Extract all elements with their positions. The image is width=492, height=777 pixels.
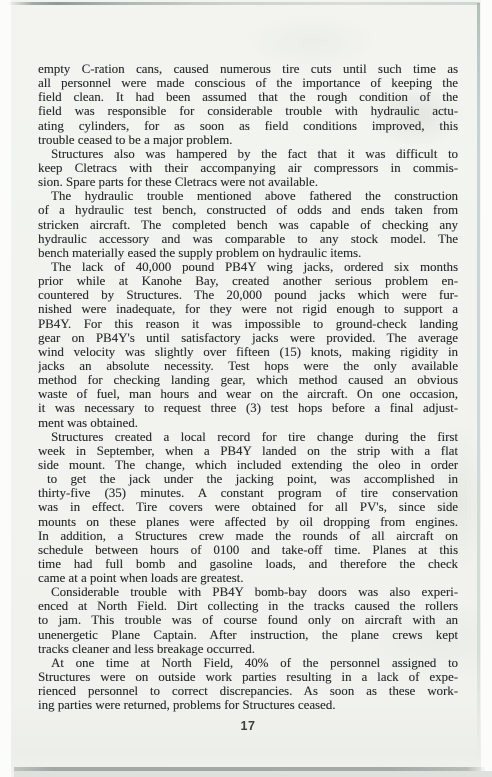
text-line: Structures also was hampered by the fact… [38, 147, 458, 161]
text-line: keep Cletracs with their accompanying ai… [38, 161, 458, 175]
text-line: to jam. This trouble was of course found… [38, 613, 458, 627]
text-line: it was necessary to request three (3) te… [38, 401, 458, 415]
paragraph: Structures also was hampered by the fact… [38, 147, 458, 189]
text-line: time had full bomb and gasoline loads, a… [38, 557, 458, 571]
text-line: enced at North Field. Dirt collecting in… [38, 599, 458, 613]
text-line: prior while at Kanohe Bay, created anoth… [38, 274, 458, 288]
page-text: empty C-ration cans, caused numerous tir… [38, 62, 458, 712]
text-line: ing parties were returned, problems for … [38, 698, 458, 712]
paragraph: At one time at North Field, 40% of the p… [38, 656, 458, 713]
text-line: week in September, when a PB4Y landed on… [38, 444, 458, 458]
text-line: The lack of 40,000 pound PB4Y wing jacks… [38, 260, 458, 274]
text-line: field clean. It had been assumed that th… [38, 90, 458, 104]
text-line: ment was obtained. [38, 416, 458, 430]
text-line: In addition, a Structures crew made the … [38, 529, 458, 543]
text-line: hydraulic accessory and was comparable t… [38, 232, 458, 246]
scan-top-edge [8, 2, 480, 5]
text-line: field was responsible for considerable t… [38, 104, 458, 118]
text-line: was in effect. Tire covers were obtained… [38, 500, 458, 514]
text-line: The hydraulic trouble mentioned above fa… [38, 189, 458, 203]
text-line: Considerable trouble with PB4Y bomb-bay … [38, 585, 458, 599]
text-line: At one time at North Field, 40% of the p… [38, 656, 458, 670]
text-line: empty C-ration cans, caused numerous tir… [38, 62, 458, 76]
text-line: rienced personnel to correct discrepanci… [38, 684, 458, 698]
text-line: unenergetic Plane Captain. After instruc… [38, 628, 458, 642]
text-line: came at a point when loads are greatest. [38, 571, 458, 585]
paragraph: Considerable trouble with PB4Y bomb-bay … [38, 585, 458, 656]
text-line: bench materially eased the supply proble… [38, 246, 458, 260]
text-line: thirty-five (35) minutes. A constant pro… [38, 486, 458, 500]
text-line: gear on PB4Y's until satisfactory jacks … [38, 331, 458, 345]
scan-bottom-margin [14, 771, 492, 777]
text-line: ating cylinders, for as soon as field co… [38, 119, 458, 133]
text-line: waste of fuel, man hours and wear on the… [38, 387, 458, 401]
text-line: side mount. The change, which included e… [38, 458, 458, 472]
text-line: tracks cleaner and less breakage occurre… [38, 642, 458, 656]
paragraph: The hydraulic trouble mentioned above fa… [38, 189, 458, 260]
text-line: all personnel were made conscious of the… [38, 76, 458, 90]
text-line: of a hydraulic test bench, constructed o… [38, 203, 458, 217]
paragraph: The lack of 40,000 pound PB4Y wing jacks… [38, 260, 458, 430]
text-line: Structures created a local record for ti… [38, 430, 458, 444]
text-line: method for checking landing gear, which … [38, 373, 458, 387]
text-line: schedule between hours of 0100 and take-… [38, 543, 458, 557]
text-line: Structures were on outside work parties … [38, 670, 458, 684]
text-line: to get the jack under the jacking point,… [38, 472, 458, 486]
text-line: countered by Structures. The 20,000 poun… [38, 288, 458, 302]
text-line: trouble ceased to be a major problem. [38, 133, 458, 147]
text-line: stricken aircraft. The completed bench w… [38, 218, 458, 232]
text-line: sion. Spare parts for these Cletracs wer… [38, 175, 458, 189]
text-line: PB4Y. For this reason it was impossible … [38, 317, 458, 331]
scanned-page: empty C-ration cans, caused numerous tir… [0, 0, 492, 777]
text-line: nished were inadequate, for they were no… [38, 302, 458, 316]
page-right-edge [477, 3, 480, 760]
text-line: mounts on these planes were affected by … [38, 515, 458, 529]
paragraph: empty C-ration cans, caused numerous tir… [38, 62, 458, 147]
page-number: 17 [38, 719, 458, 733]
paragraph: Structures created a local record for ti… [38, 430, 458, 586]
text-line: jacks an absolute necessity. Test hops w… [38, 359, 458, 373]
text-line: wind velocity was slightly over fifteen … [38, 345, 458, 359]
